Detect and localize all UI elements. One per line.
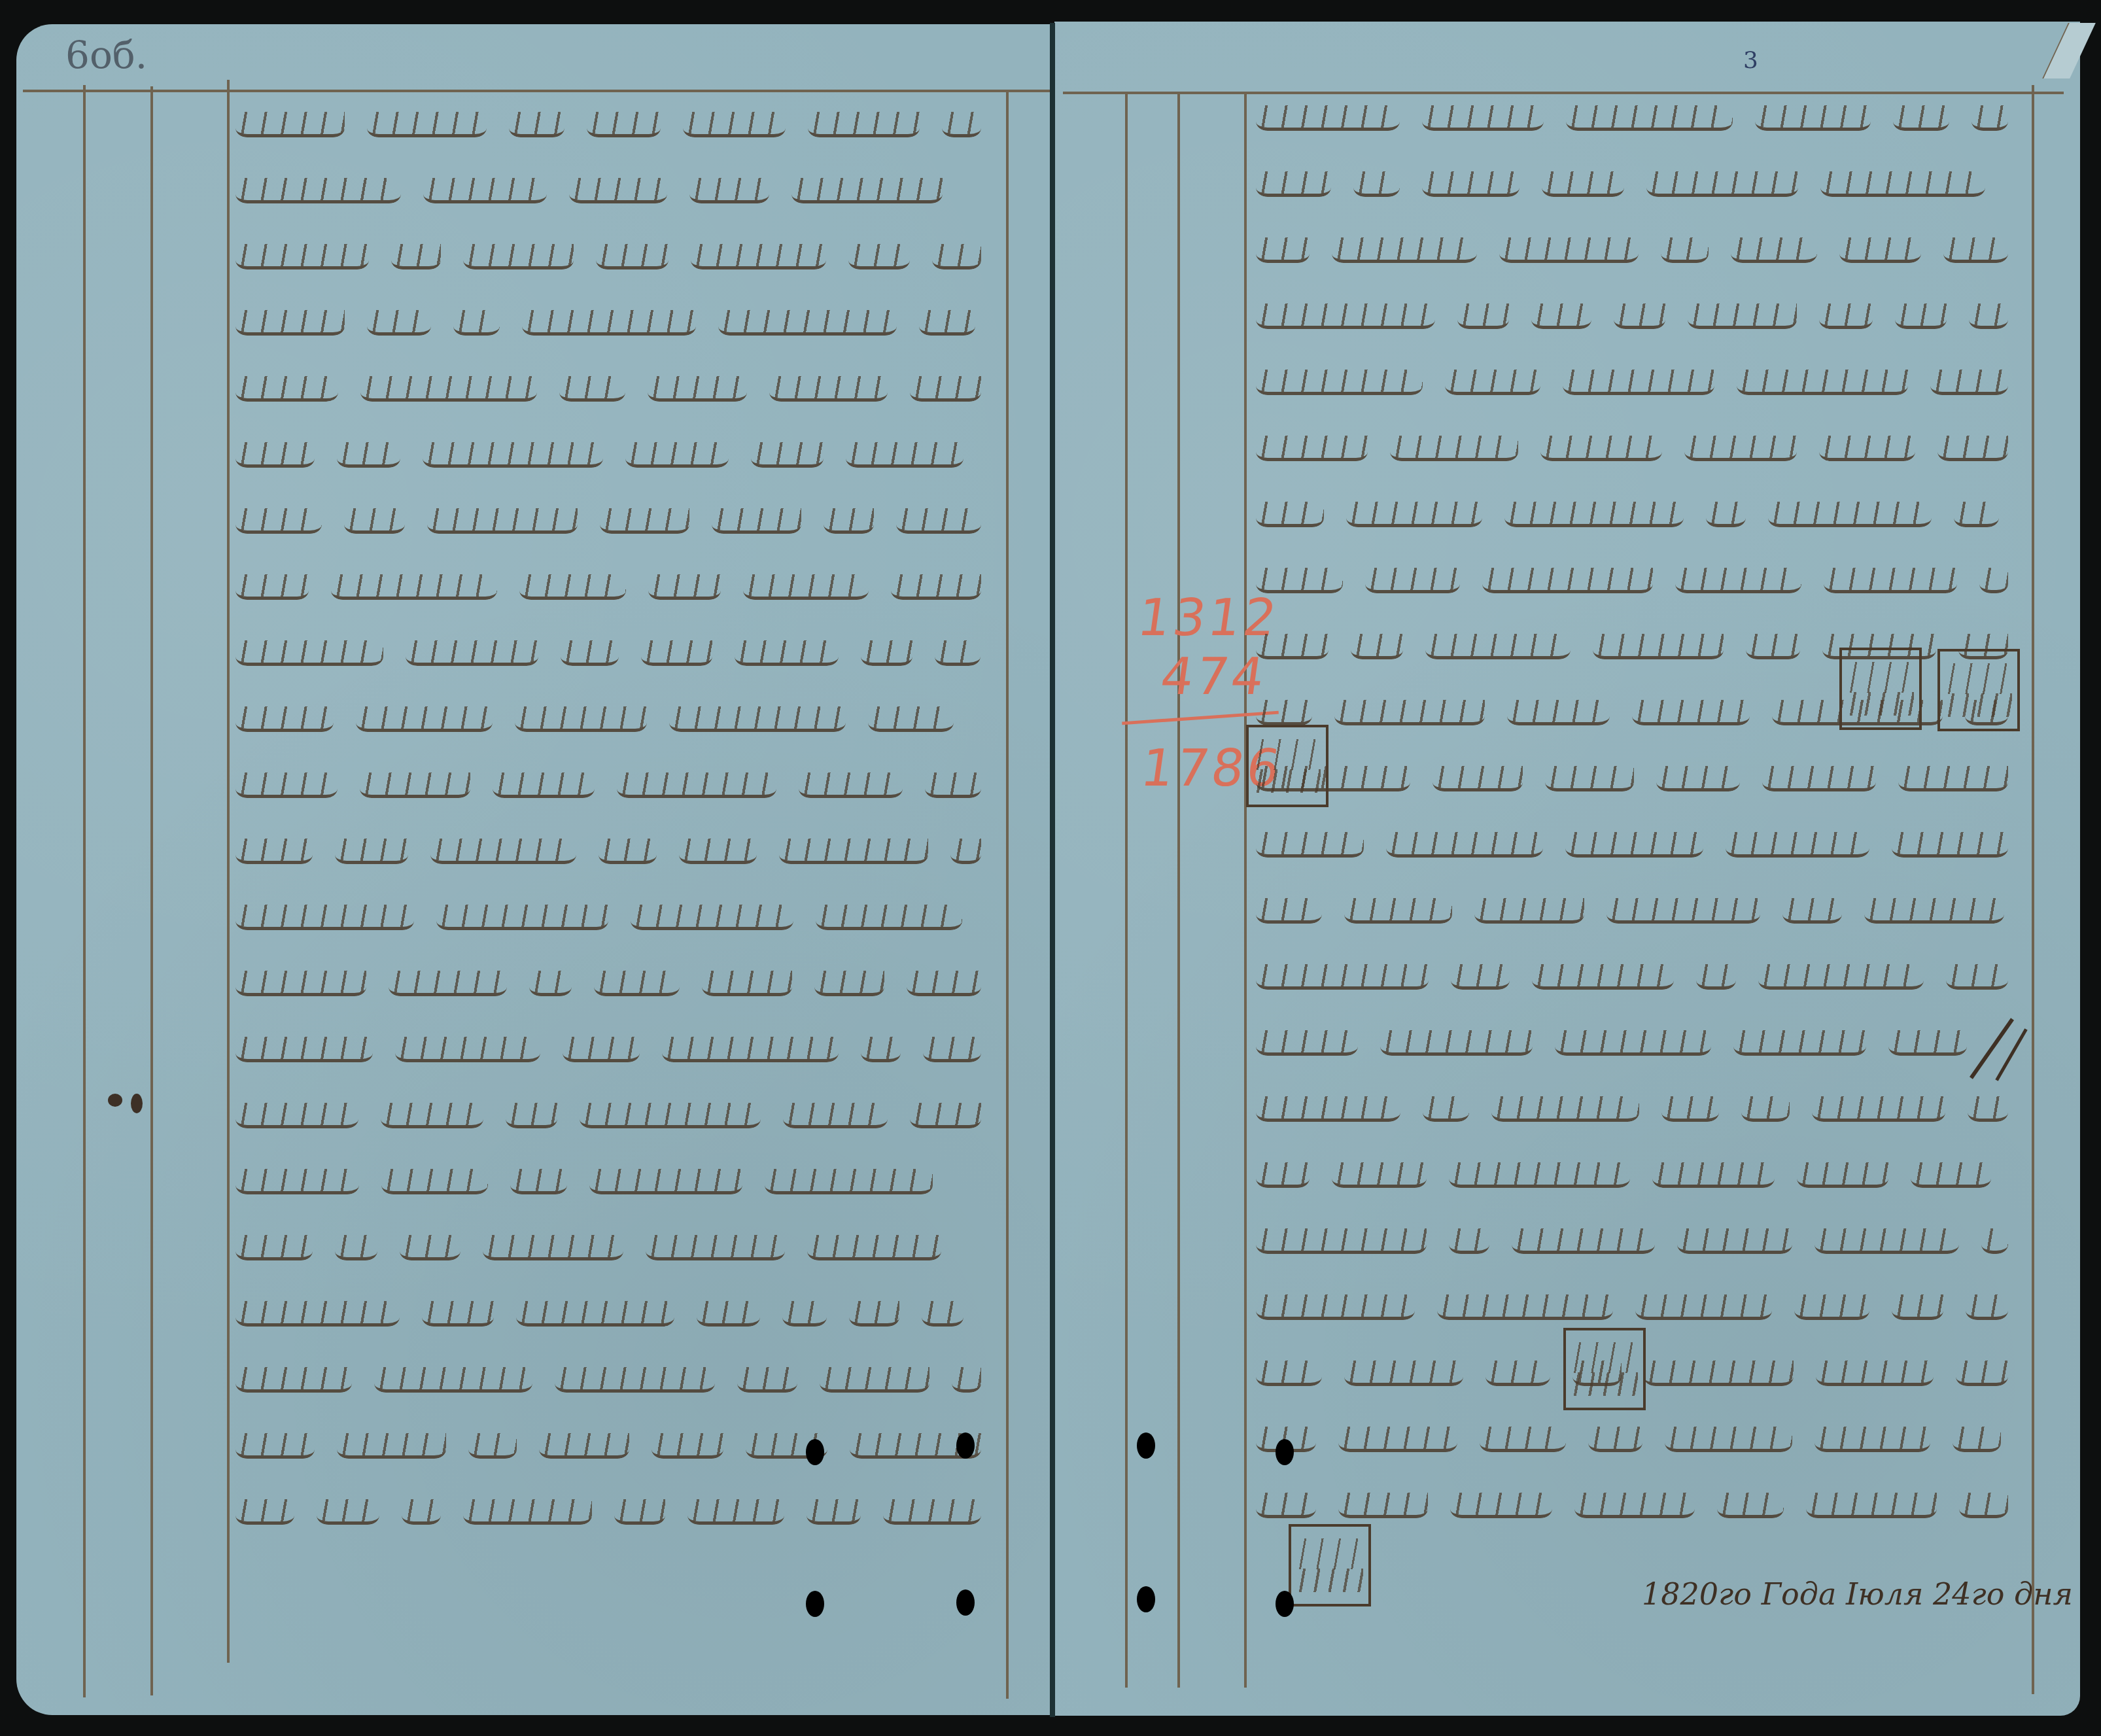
handwritten-word	[950, 839, 981, 864]
handwritten-word	[1958, 634, 2008, 659]
handwritten-line	[1256, 891, 2021, 930]
handwritten-word	[1717, 1493, 1784, 1518]
handwritten-word	[1531, 304, 1591, 329]
binding-hole	[956, 1432, 975, 1459]
handwritten-line	[235, 1162, 994, 1201]
handwritten-word	[559, 376, 625, 402]
handwritten-word	[1432, 766, 1523, 791]
handwritten-line	[1256, 1221, 2021, 1260]
handwritten-word	[235, 1367, 352, 1393]
handwritten-word	[935, 640, 981, 666]
handwritten-line	[1256, 1155, 2021, 1194]
binding-hole	[1276, 1439, 1294, 1465]
handwritten-word	[1338, 1427, 1457, 1452]
handwritten-word	[430, 839, 576, 864]
handwritten-word	[1423, 1096, 1469, 1122]
handwritten-word	[335, 839, 408, 864]
handwritten-word	[235, 112, 345, 137]
handwritten-word	[1256, 1096, 1400, 1122]
handwritten-word	[1632, 700, 1750, 725]
handwritten-word	[1593, 634, 1724, 659]
handwritten-word	[1794, 1294, 1869, 1320]
handwritten-word	[569, 178, 667, 203]
handwritten-word	[1422, 171, 1519, 197]
left-top-rule	[23, 90, 1050, 92]
handwritten-word	[896, 508, 981, 534]
handwritten-word	[683, 112, 786, 137]
handwritten-word	[331, 574, 497, 600]
handwritten-word	[861, 640, 912, 666]
handwritten-word	[235, 706, 334, 732]
handwritten-word	[743, 574, 869, 600]
handwritten-word	[1422, 105, 1544, 131]
handwritten-line	[235, 963, 994, 1003]
handwritten-word	[337, 1433, 446, 1459]
handwritten-word	[799, 773, 903, 798]
handwritten-word	[718, 310, 897, 336]
handwritten-word	[883, 1499, 981, 1525]
binding-hole	[806, 1591, 824, 1617]
handwritten-word	[235, 1235, 313, 1260]
handwritten-word	[1969, 304, 2008, 329]
handwritten-line	[235, 699, 994, 738]
handwritten-word	[791, 178, 943, 203]
handwritten-word	[519, 574, 626, 600]
handwritten-word	[1588, 1427, 1642, 1452]
handwritten-word	[1677, 1228, 1792, 1254]
left-folio-number: 6об.	[65, 33, 147, 77]
handwritten-word	[1892, 1294, 1943, 1320]
left-margin-rule-2	[150, 86, 153, 1695]
handwritten-word	[235, 442, 315, 468]
binding-hole	[1137, 1586, 1155, 1612]
handwritten-word	[1480, 1427, 1566, 1452]
handwritten-word	[1814, 1427, 1930, 1452]
handwritten-word	[1555, 1030, 1711, 1056]
handwritten-word	[646, 1235, 785, 1260]
handwritten-word	[1485, 1361, 1550, 1386]
handwritten-word	[235, 574, 309, 600]
handwritten-word	[235, 310, 345, 336]
handwritten-word	[848, 244, 910, 269]
handwritten-word	[1574, 1493, 1695, 1518]
handwritten-line	[1256, 627, 2021, 666]
handwritten-word	[344, 508, 405, 534]
handwritten-word	[1635, 1294, 1772, 1320]
handwritten-word	[919, 310, 975, 336]
handwritten-word	[783, 1103, 888, 1128]
handwritten-word	[587, 112, 661, 137]
handwritten-word	[923, 1037, 981, 1062]
handwritten-word	[1425, 634, 1571, 659]
handwritten-line	[235, 1030, 994, 1069]
handwritten-word	[529, 971, 572, 996]
handwritten-word	[689, 178, 769, 203]
handwritten-word	[422, 1301, 494, 1327]
handwritten-line	[1256, 1419, 2021, 1459]
handwritten-word	[735, 640, 839, 666]
handwritten-line	[235, 765, 994, 805]
handwritten-word	[599, 839, 657, 864]
right-page	[1054, 22, 2080, 1716]
handwritten-word	[910, 376, 981, 402]
handwritten-word	[846, 442, 964, 468]
handwritten-word	[631, 905, 793, 930]
handwritten-word	[1353, 171, 1400, 197]
handwritten-line	[1256, 1023, 2021, 1062]
handwritten-word	[1898, 766, 2008, 791]
handwritten-word	[1256, 436, 1368, 461]
handwritten-word	[942, 112, 981, 137]
handwritten-word	[1839, 237, 1921, 263]
handwritten-word	[1507, 700, 1610, 725]
handwritten-line	[235, 303, 994, 342]
handwritten-word	[1772, 700, 1943, 725]
handwritten-word	[493, 773, 595, 798]
handwritten-line	[235, 105, 994, 144]
handwritten-word	[468, 1433, 517, 1459]
handwritten-word	[1256, 304, 1435, 329]
handwritten-word	[1688, 304, 1797, 329]
handwritten-word	[1566, 105, 1733, 131]
handwritten-line	[235, 567, 994, 606]
handwritten-word	[381, 1169, 488, 1194]
handwritten-word	[516, 1301, 674, 1327]
handwritten-word	[1706, 502, 1746, 527]
handwritten-line	[235, 501, 994, 540]
handwritten-word	[317, 1499, 379, 1525]
binding-hole	[1137, 1432, 1155, 1459]
handwritten-word	[1256, 171, 1331, 197]
handwritten-word	[1256, 898, 1322, 924]
handwritten-word	[1665, 1427, 1792, 1452]
handwritten-word	[1346, 502, 1482, 527]
handwritten-word	[1256, 1493, 1316, 1518]
handwritten-word	[1532, 964, 1674, 990]
handwritten-word	[337, 442, 400, 468]
handwritten-line	[1256, 164, 2021, 203]
handwritten-word	[381, 1103, 483, 1128]
handwritten-line	[1256, 362, 2021, 402]
handwritten-word	[1864, 898, 2004, 924]
handwritten-word	[614, 1499, 665, 1525]
handwritten-line	[1256, 1353, 2021, 1393]
handwritten-word	[932, 244, 981, 269]
handwritten-word	[395, 1037, 540, 1062]
handwritten-word	[1959, 1493, 2008, 1518]
handwritten-word	[483, 1235, 623, 1260]
handwritten-word	[1365, 568, 1460, 593]
handwritten-word	[1644, 1361, 1794, 1386]
closing-date: 1820го Года Іюля 24го дня	[1642, 1576, 2073, 1612]
handwritten-word	[1332, 1162, 1427, 1188]
handwritten-word	[1965, 700, 2008, 725]
binding-gutter	[1050, 23, 1055, 1717]
handwritten-word	[1614, 304, 1665, 329]
handwritten-word	[1256, 502, 1324, 527]
handwritten-word	[235, 773, 338, 798]
handwritten-word	[1256, 237, 1310, 263]
handwritten-word	[391, 244, 441, 269]
handwritten-line	[1256, 693, 2021, 732]
handwritten-word	[1256, 1228, 1427, 1254]
handwritten-word	[235, 640, 383, 666]
handwritten-word	[807, 1499, 861, 1525]
handwritten-word	[702, 971, 792, 996]
handwritten-word	[1943, 237, 2008, 263]
handwritten-word	[765, 1169, 933, 1194]
handwritten-word	[522, 310, 696, 336]
handwritten-word	[1457, 304, 1509, 329]
handwritten-word	[1380, 1030, 1533, 1056]
handwritten-word	[820, 1367, 929, 1393]
handwritten-word	[360, 376, 537, 402]
handwritten-word	[1893, 105, 1949, 131]
handwritten-word	[463, 1499, 592, 1525]
handwritten-word	[561, 640, 619, 666]
handwritten-word	[563, 1037, 640, 1062]
handwritten-word	[1820, 171, 1985, 197]
handwritten-word	[1824, 568, 1957, 593]
handwritten-word	[1782, 898, 1842, 924]
handwritten-word	[1344, 898, 1452, 924]
handwritten-word	[600, 508, 689, 534]
handwritten-word	[506, 1103, 557, 1128]
handwritten-word	[1256, 634, 1328, 659]
handwritten-word	[1449, 1162, 1630, 1188]
handwritten-line	[235, 369, 994, 408]
handwritten-word	[1540, 436, 1662, 461]
handwritten-word	[824, 508, 874, 534]
handwritten-word	[509, 112, 564, 137]
handwritten-word	[1981, 1228, 2008, 1254]
handwritten-word	[737, 1367, 797, 1393]
handwritten-word	[1696, 964, 1736, 990]
binding-hole	[1276, 1591, 1294, 1617]
handwritten-word	[423, 442, 603, 468]
handwritten-word	[1256, 1294, 1415, 1320]
handwritten-word	[1512, 1228, 1655, 1254]
margin-ink-blot	[131, 1094, 143, 1113]
right-folio-number: 3	[1743, 47, 1758, 74]
handwritten-word	[423, 178, 547, 203]
handwritten-word	[594, 971, 680, 996]
handwritten-word	[555, 1367, 715, 1393]
handwritten-word	[807, 1235, 941, 1260]
handwritten-line	[235, 435, 994, 474]
handwritten-line	[1256, 561, 2021, 600]
handwritten-word	[235, 1169, 359, 1194]
handwritten-word	[952, 1367, 981, 1393]
handwritten-word	[1256, 700, 1312, 725]
handwritten-word	[641, 640, 712, 666]
handwritten-word	[1911, 1162, 1991, 1188]
handwritten-word	[1733, 1030, 1866, 1056]
handwritten-word	[779, 839, 928, 864]
handwritten-word	[1606, 898, 1760, 924]
handwritten-line	[235, 1096, 994, 1135]
handwritten-word	[436, 905, 608, 930]
handwritten-word	[1451, 964, 1510, 990]
handwritten-word	[669, 706, 846, 732]
handwritten-word	[1930, 370, 2008, 395]
handwritten-word	[1888, 1030, 1967, 1056]
handwritten-word	[662, 1037, 839, 1062]
handwritten-word	[782, 1301, 827, 1327]
handwritten-line	[235, 831, 994, 871]
binding-hole	[956, 1589, 975, 1616]
handwritten-word	[907, 971, 981, 996]
handwritten-word	[1565, 832, 1703, 858]
handwritten-line	[235, 171, 994, 210]
handwritten-line	[1256, 759, 2021, 798]
handwritten-word	[861, 1037, 901, 1062]
handwritten-word	[235, 1037, 373, 1062]
handwritten-line	[235, 1294, 994, 1333]
left-margin-rule-1	[83, 85, 86, 1697]
handwritten-word	[1656, 766, 1740, 791]
handwritten-word	[648, 376, 747, 402]
right-margin-rule-3	[1244, 92, 1247, 1688]
right-top-rule	[1063, 92, 2064, 94]
handwritten-word	[235, 178, 401, 203]
handwritten-word	[1256, 766, 1410, 791]
handwritten-word	[1334, 700, 1485, 725]
handwritten-word	[1563, 370, 1714, 395]
handwritten-word	[1646, 171, 1798, 197]
handwritten-word	[335, 1235, 377, 1260]
handwritten-word	[1816, 1361, 1934, 1386]
handwritten-line	[1256, 428, 2021, 468]
handwritten-word	[539, 1433, 629, 1459]
handwritten-word	[1386, 832, 1543, 858]
handwritten-word	[1726, 832, 1869, 858]
handwritten-word	[1499, 237, 1639, 263]
handwritten-word	[1946, 964, 2008, 990]
handwritten-word	[1445, 370, 1540, 395]
handwritten-word	[427, 508, 578, 534]
handwritten-line	[1256, 230, 2021, 269]
right-margin-rule-2	[1177, 92, 1180, 1688]
handwritten-word	[463, 244, 574, 269]
handwritten-word	[1256, 1030, 1358, 1056]
handwritten-word	[367, 112, 487, 137]
handwritten-word	[1895, 304, 1947, 329]
handwritten-word	[651, 1433, 723, 1459]
handwritten-word	[1450, 1493, 1552, 1518]
handwritten-line	[235, 897, 994, 937]
handwritten-word	[1652, 1162, 1775, 1188]
handwritten-word	[691, 244, 826, 269]
handwritten-word	[925, 773, 981, 798]
handwritten-word	[1937, 436, 2008, 461]
handwritten-word	[1256, 105, 1400, 131]
handwritten-word	[1758, 964, 1924, 990]
handwritten-word	[617, 773, 776, 798]
handwritten-word	[235, 1301, 400, 1327]
handwritten-word	[1351, 634, 1403, 659]
handwritten-word	[1675, 568, 1801, 593]
archival-number-middle: 474	[1157, 648, 1271, 706]
handwritten-word	[910, 1103, 981, 1128]
handwritten-word	[515, 706, 647, 732]
handwritten-word	[679, 839, 757, 864]
handwritten-word	[235, 839, 313, 864]
handwritten-word	[1256, 832, 1364, 858]
handwritten-word	[769, 376, 888, 402]
left-margin-rule-3	[227, 80, 230, 1663]
handwritten-word	[891, 574, 981, 600]
binding-hole	[806, 1439, 824, 1465]
handwritten-word	[1806, 1493, 1937, 1518]
handwritten-word	[1737, 370, 1908, 395]
handwritten-word	[1953, 1427, 2001, 1452]
handwritten-word	[1390, 436, 1518, 461]
handwritten-word	[1661, 237, 1709, 263]
handwritten-word	[374, 1367, 532, 1393]
handwritten-word	[1572, 1361, 1622, 1386]
handwritten-word	[648, 574, 721, 600]
handwritten-word	[1971, 105, 2008, 131]
handwritten-word	[1256, 370, 1423, 395]
handwritten-word	[1256, 568, 1343, 593]
handwritten-word	[712, 508, 801, 534]
handwritten-word	[697, 1301, 760, 1327]
handwritten-word	[510, 1169, 567, 1194]
handwritten-word	[1256, 964, 1429, 990]
handwritten-word	[406, 640, 538, 666]
boxed-abbreviation	[1289, 1524, 1371, 1606]
handwritten-word	[868, 706, 954, 732]
handwritten-word	[1822, 634, 1936, 659]
margin-ink-blot	[108, 1094, 122, 1107]
handwritten-word	[1819, 304, 1873, 329]
handwritten-word	[1344, 1361, 1463, 1386]
handwritten-word	[356, 706, 493, 732]
handwritten-word	[1814, 1228, 1959, 1254]
handwritten-word	[400, 1235, 460, 1260]
handwritten-word	[235, 508, 322, 534]
handwritten-word	[1449, 1228, 1489, 1254]
handwritten-word	[389, 971, 507, 996]
handwritten-word	[580, 1103, 761, 1128]
handwritten-line	[1256, 98, 2021, 137]
handwritten-line	[1256, 1287, 2021, 1327]
handwritten-word	[1684, 436, 1797, 461]
handwritten-line	[235, 1228, 994, 1267]
right-outer-rule	[2032, 85, 2034, 1694]
handwritten-line	[1256, 1485, 2021, 1525]
handwritten-word	[1504, 502, 1684, 527]
handwritten-word	[1956, 1361, 2008, 1386]
handwritten-word	[1332, 237, 1477, 263]
handwritten-word	[589, 1169, 742, 1194]
handwritten-line	[1256, 495, 2021, 534]
handwritten-word	[453, 310, 500, 336]
handwritten-word	[1338, 1493, 1428, 1518]
handwritten-word	[922, 1301, 964, 1327]
handwritten-word	[1545, 766, 1634, 791]
handwritten-word	[1812, 1096, 1945, 1122]
handwritten-word	[1755, 105, 1871, 131]
handwritten-line	[1256, 296, 2021, 336]
handwritten-word	[1768, 502, 1932, 527]
right-margin-rule-1	[1125, 92, 1128, 1688]
handwritten-word	[1979, 568, 2008, 593]
handwritten-word	[235, 1433, 315, 1459]
left-inner-rule	[1006, 90, 1009, 1699]
handwritten-line	[1256, 1089, 2021, 1128]
